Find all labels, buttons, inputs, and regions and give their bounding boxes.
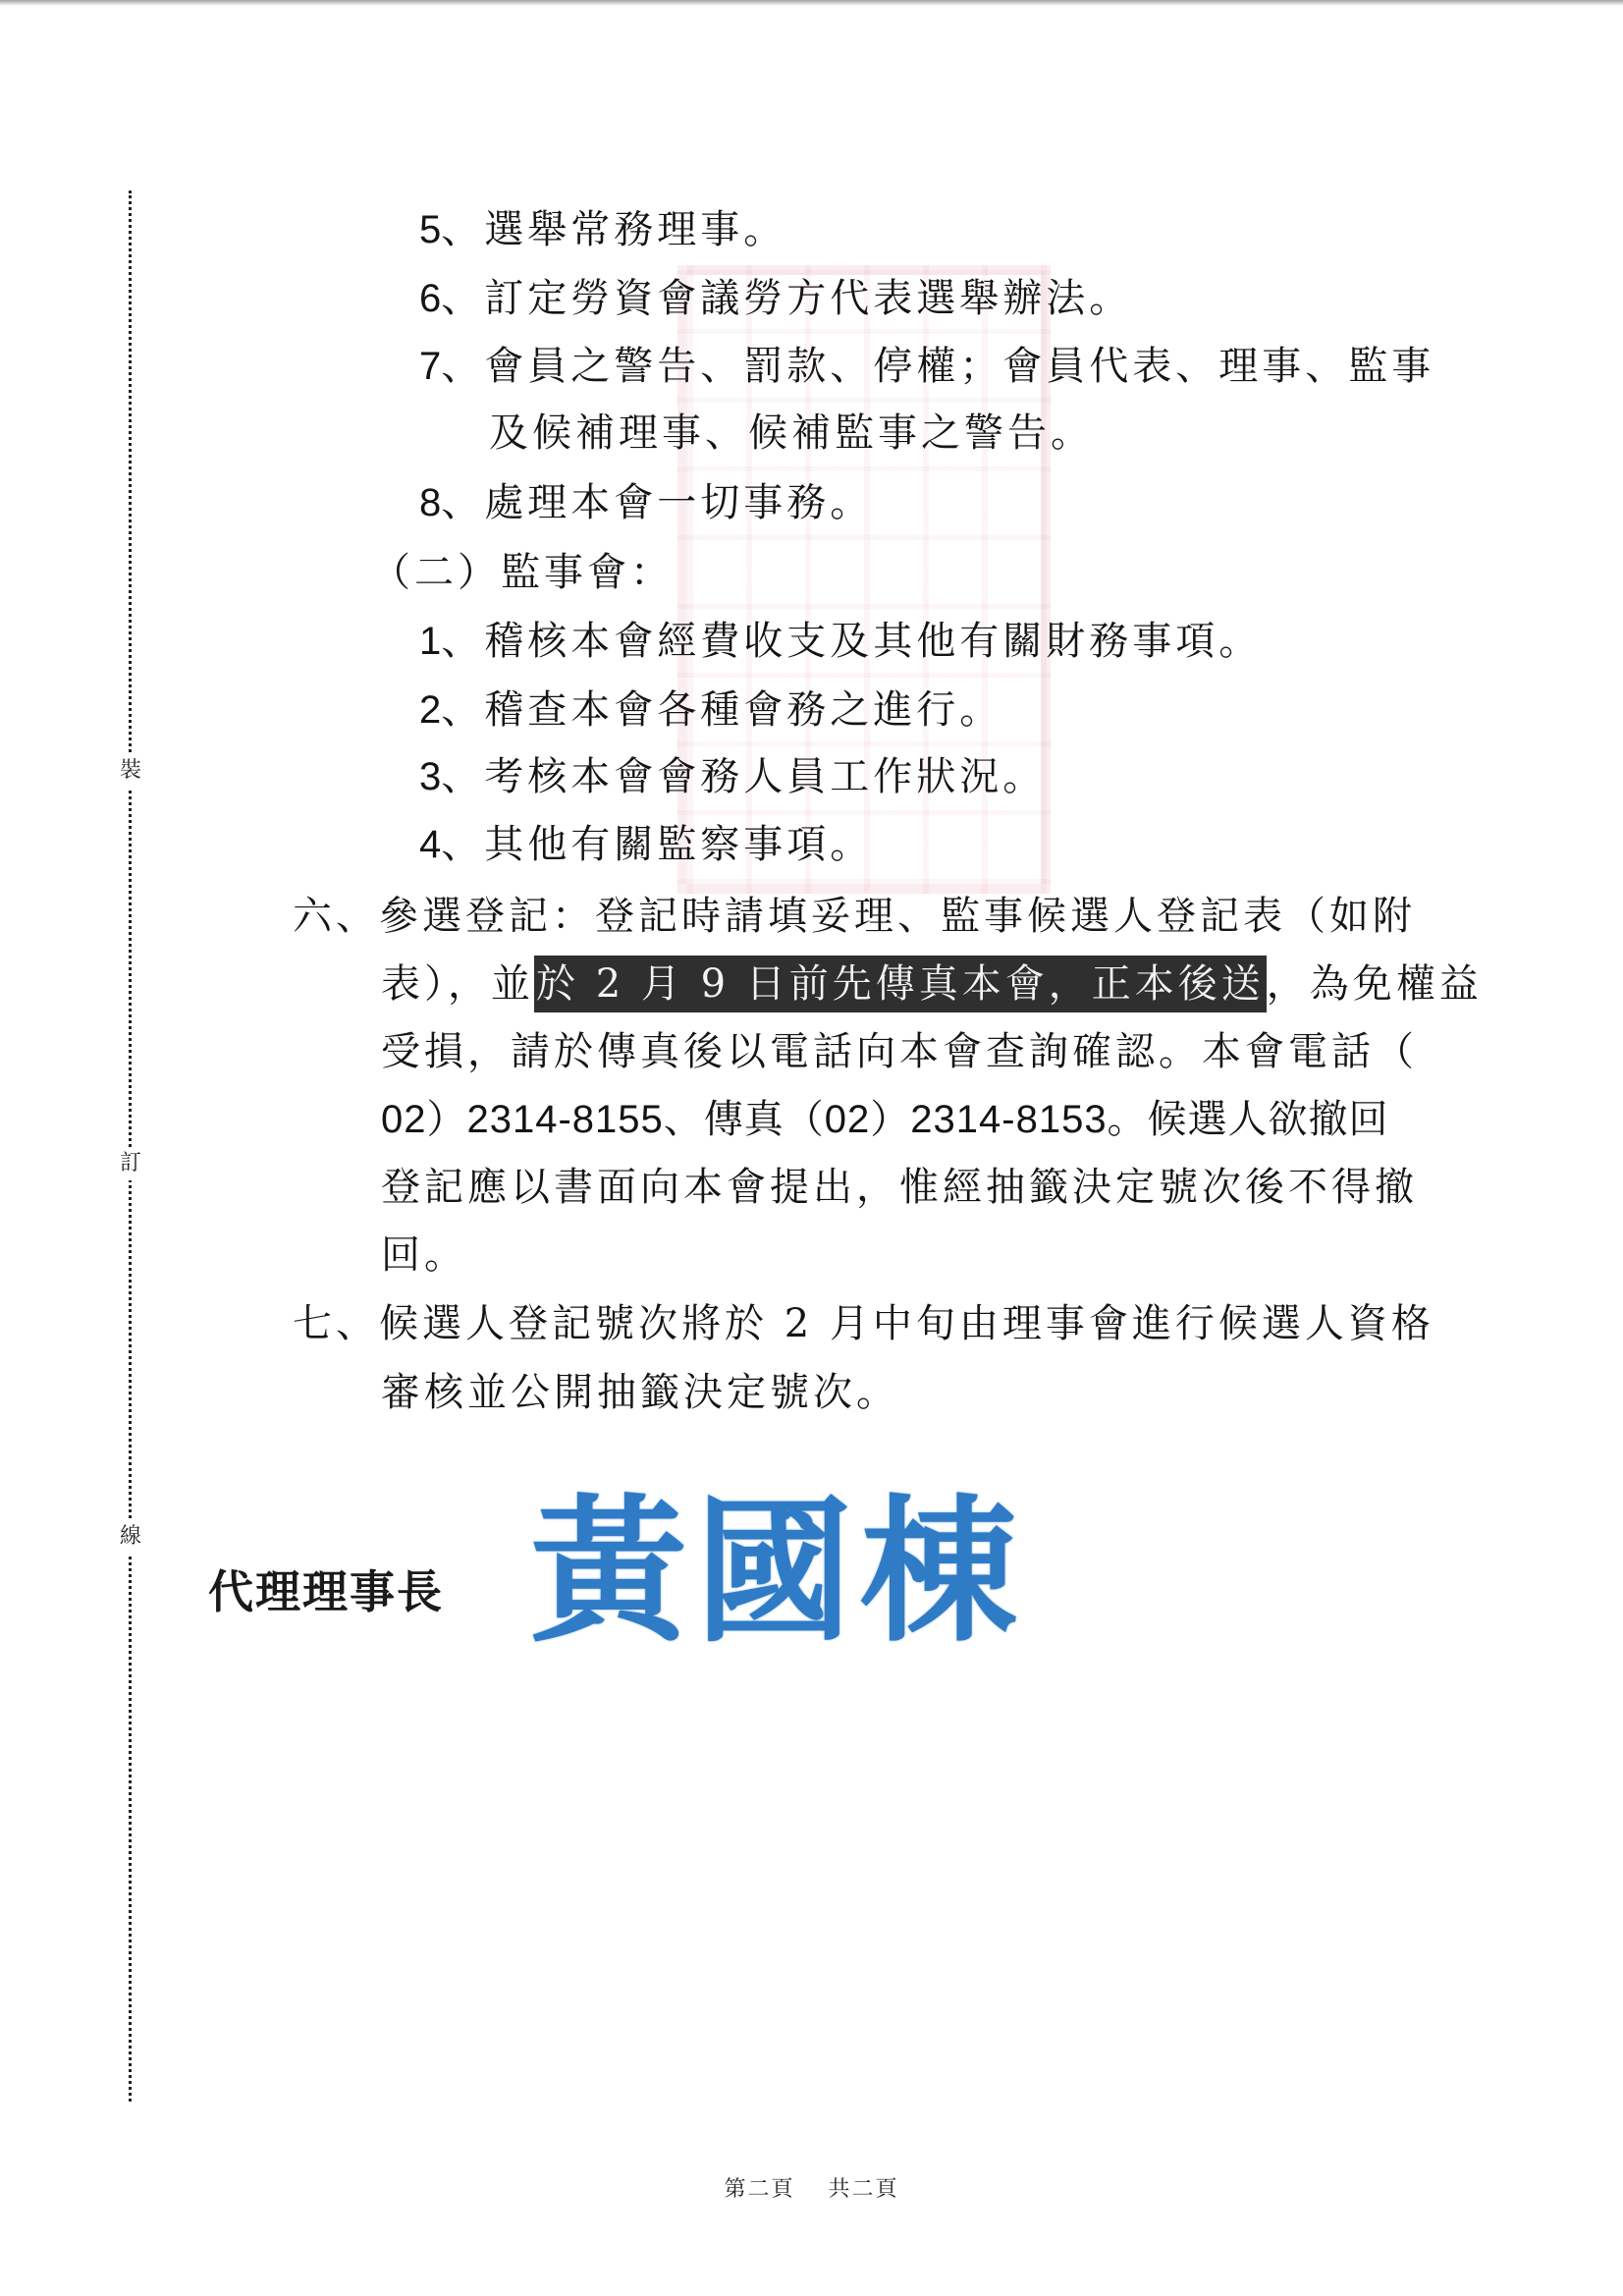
supervisors-heading: （二）監事會： (371, 547, 674, 598)
binding-dotted-line (129, 191, 132, 2102)
item-number: 8 (419, 481, 441, 524)
item-number: 5 (419, 208, 441, 251)
section7-line-2: 審核並公開抽籤決定號次。 (381, 1367, 899, 1418)
section7-marker: 七、 (293, 1301, 379, 1346)
board-item-8: 8、處理本會一切事務。 (419, 477, 873, 528)
section7-text: 候選人登記號次將於 2 月中旬由理事會進行候選人資格 (379, 1301, 1434, 1346)
item-separator: 、 (441, 687, 484, 733)
item-text: 會員之警告、罰款、停權；會員代表、理事、監事 (484, 344, 1434, 389)
item-text: 稽查本會各種會務之進行。 (484, 687, 1002, 733)
supervisor-item-3: 3、考核本會會務人員工作狀況。 (419, 751, 1046, 802)
board-item-7: 7、會員之警告、罰款、停權；會員代表、理事、監事 (419, 341, 1434, 392)
item-separator: 、 (441, 344, 484, 389)
deadline-highlight: 於 2 月 9 日前先傳真本會，正本後送 (534, 956, 1267, 1012)
scan-edge-shadow (0, 0, 1623, 6)
supervisor-item-1: 1、稽核本會經費收支及其他有關財務事項。 (419, 616, 1262, 667)
binding-label-xian: 線 (114, 1520, 147, 1554)
board-item-7-continuation: 及候補理事、候補監事之警告。 (489, 408, 1094, 459)
binding-label-ding: 訂 (114, 1147, 147, 1180)
item-number: 4 (419, 823, 441, 866)
page-footer: 第二頁共二頁 (0, 2172, 1623, 2203)
board-item-6: 6、訂定勞資會議勞方代表選舉辦法。 (419, 273, 1132, 324)
item-separator: 、 (441, 276, 484, 321)
section6-text: 參選登記：登記時請填妥理、監事候選人登記表（如附 (379, 894, 1416, 939)
section6-marker: 六、 (293, 894, 379, 939)
signature-stamp-name: 黃國棟 (530, 1483, 1025, 1660)
item-number: 1 (419, 620, 441, 663)
section6-line-2: 表），並於 2 月 9 日前先傳真本會，正本後送，為免權益 (381, 958, 1483, 1010)
section6-line-1: 六、參選登記：登記時請填妥理、監事候選人登記表（如附 (293, 891, 1416, 942)
item-number: 7 (419, 345, 441, 388)
item-text: 選舉常務理事。 (484, 207, 786, 252)
item-text: 處理本會一切事務。 (484, 480, 873, 525)
item-number: 2 (419, 688, 441, 732)
section7-line-1: 七、候選人登記號次將於 2 月中旬由理事會進行候選人資格 (293, 1298, 1434, 1349)
item-text: 訂定勞資會議勞方代表選舉辦法。 (484, 276, 1132, 321)
item-separator: 、 (441, 207, 484, 252)
item-separator: 、 (441, 480, 484, 525)
section6-line-6: 回。 (381, 1230, 467, 1281)
board-item-5: 5、選舉常務理事。 (419, 204, 786, 255)
item-number: 6 (419, 277, 441, 320)
page-number: 第二頁 (724, 2177, 794, 2202)
item-text: 稽核本會經費收支及其他有關財務事項。 (484, 619, 1262, 664)
section6-text-after: ，為免權益 (1267, 961, 1483, 1007)
binding-label-zhuang: 裝 (114, 754, 147, 788)
page-total: 共二頁 (829, 2177, 899, 2202)
section6-line-4-contacts: 02）2314-8155、傳真（02）2314-8153。候選人欲撤回 (381, 1094, 1389, 1145)
item-text: 其他有關監察事項。 (484, 822, 873, 867)
item-number: 3 (419, 755, 441, 798)
section6-text-before: 表），並 (381, 961, 534, 1007)
signatory-title: 代理理事長 (208, 1557, 444, 1621)
section6-line-5: 登記應以書面向本會提出，惟經抽籤決定號次後不得撤 (381, 1162, 1418, 1213)
item-separator: 、 (441, 754, 484, 799)
supervisor-item-2: 2、稽查本會各種會務之進行。 (419, 684, 1002, 736)
section6-line-3: 受損，請於傳真後以電話向本會查詢確認。本會電話（ (381, 1026, 1418, 1077)
item-text: 考核本會會務人員工作狀況。 (484, 754, 1046, 799)
item-separator: 、 (441, 822, 484, 867)
item-separator: 、 (441, 619, 484, 664)
supervisor-item-4: 4、其他有關監察事項。 (419, 819, 873, 870)
